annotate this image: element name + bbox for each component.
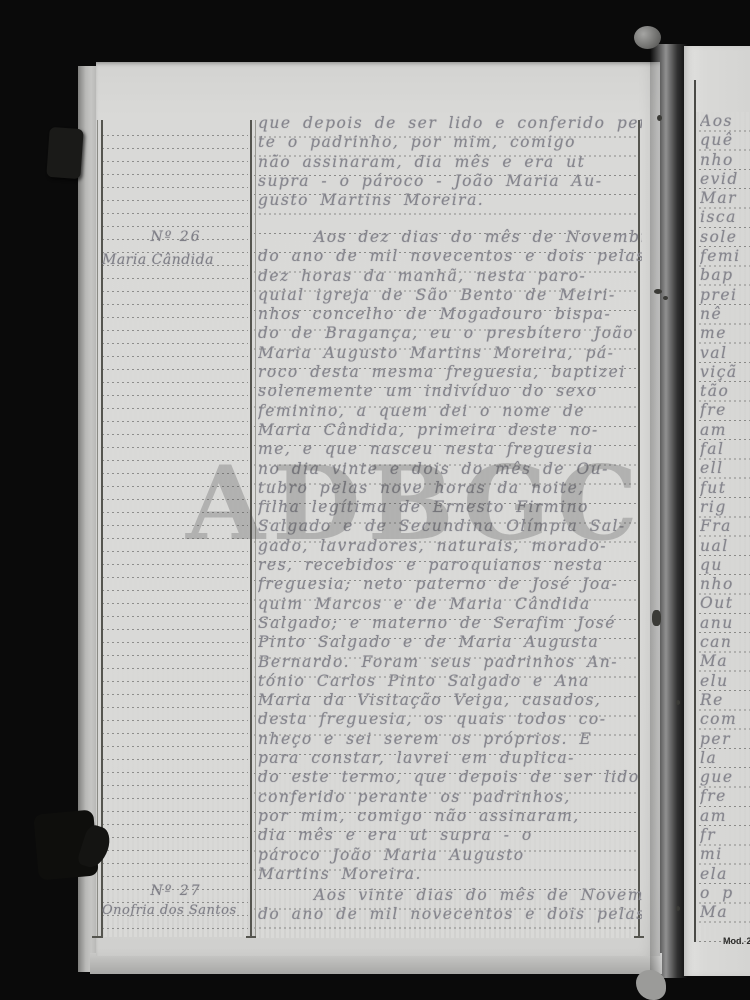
text-line: dia mês e era ut supra - o [258, 826, 642, 845]
text-line: nho [700, 151, 750, 170]
text-line: quim Marcos e de Maria Cândida [258, 595, 642, 614]
text-line: isca [700, 208, 750, 227]
text-line: roco desta mesma freguesia, baptizei [258, 363, 642, 382]
text-line: elu [700, 672, 750, 691]
text-line: sole [700, 228, 750, 247]
text-line: fr [700, 826, 750, 845]
text-line: Ma [700, 903, 750, 922]
text-line: do de Bragança, eu o presbítero João [258, 324, 642, 343]
text-line: quial igreja de São Bento de Meiri- [258, 286, 642, 305]
margin-rule-line [97, 120, 98, 938]
text-line: Mar [700, 189, 750, 208]
text-line: dez horas da manhã, nesta paro- [258, 267, 642, 286]
page-weight [634, 26, 661, 49]
text-line: Aos vinte dias do mês de Novembro [258, 886, 642, 905]
text-line: can [700, 633, 750, 652]
text-line: mi [700, 845, 750, 864]
text-line: tónio Carlos Pinto Salgado e Ana [258, 672, 642, 691]
stitch-hole [652, 610, 661, 626]
text-line: feminino, a quem dei o nome de [258, 402, 642, 421]
text-line: Maria Augusto Martins Moreira, pá- [258, 344, 642, 363]
archive-watermark: ADBGC [186, 444, 645, 564]
text-line: fal [700, 440, 750, 459]
text-line: supra - o pároco - João Maria Au- [258, 172, 642, 191]
text-line: qu [700, 556, 750, 575]
text-line: conferido perante os padrinhos, [258, 788, 642, 807]
stitch-hole [654, 289, 662, 294]
text-line: do este termo, que depois de ser lido e [258, 768, 642, 787]
text-line: me [700, 324, 750, 343]
stitch-hole [676, 700, 680, 705]
text-line: Maria Cândida, primeira deste no- [258, 421, 642, 440]
margin-rule-line [101, 120, 103, 938]
text-line: Martins Moreira. [258, 865, 642, 884]
text-line: Bernardo. Foram seus padrinhos An- [258, 653, 642, 672]
text-line: pároco João Maria Augusto [258, 846, 642, 865]
text-line: femi [700, 247, 750, 266]
text-line: do ano de mil novecentos e dois pelas [258, 247, 642, 266]
form-model-label: Mod. 2 [723, 936, 750, 946]
text-line: ual [700, 537, 750, 556]
text-line: com [700, 710, 750, 729]
text-line: gusto Martins Moreira. [258, 191, 642, 210]
text-line: quê [700, 131, 750, 150]
text-line: fre [700, 401, 750, 420]
record-25-closing-text: que depois de ser lido e conferido peran… [258, 114, 642, 210]
text-line: nhos concelho de Mogadouro bispa- [258, 305, 642, 324]
text-line: val [700, 344, 750, 363]
scanned-register-photo: que depois de ser lido e conferido peran… [0, 0, 750, 1000]
text-line: Out [700, 594, 750, 613]
text-line: que depois de ser lido e conferido peran… [258, 114, 642, 133]
margin-entry-name: Onofria dos Santos [102, 903, 250, 918]
stitch-hole [657, 115, 662, 121]
text-line: la [700, 749, 750, 768]
text-line: nho [700, 575, 750, 594]
text-line: Ma [700, 652, 750, 671]
stitch-hole [663, 296, 668, 300]
margin-entry-number: Nº 26 [108, 229, 244, 245]
right-page-text-fragments: AosquênhoevidMariscasolefemibappreinêmev… [700, 112, 750, 922]
text-line: por mim, comigo não assinaram, [258, 807, 642, 826]
text-line: não assinaram, dia mês e era ut [258, 153, 642, 172]
text-line: nê [700, 305, 750, 324]
text-line: Re [700, 691, 750, 710]
right-page-margin-line [694, 80, 696, 942]
text-line: am [700, 807, 750, 826]
text-line: prei [700, 286, 750, 305]
text-line: para constar, lavrei em duplica- [258, 749, 642, 768]
text-line: Fra [700, 517, 750, 536]
binding-clip-top [46, 127, 83, 179]
text-line: Aos [700, 112, 750, 131]
text-line: am [700, 421, 750, 440]
text-line: tão [700, 382, 750, 401]
stitch-hole [676, 906, 680, 911]
text-line: desta freguesia, os quais todos co- [258, 710, 642, 729]
text-line: evid [700, 170, 750, 189]
text-line: do ano de mil novecentos e dois pelas [258, 905, 642, 924]
book-gutter [650, 44, 688, 978]
text-line: fre [700, 787, 750, 806]
text-line: viçã [700, 363, 750, 382]
text-line: Pinto Salgado e de Maria Augusta [258, 633, 642, 652]
record-27-body-text: Aos vinte dias do mês de Novembrodo ano … [258, 886, 642, 925]
text-line: te o padrinho, por mim, comigo [258, 133, 642, 152]
text-line: Salgado; e materno de Serafim José [258, 614, 642, 633]
text-line: fut [700, 479, 750, 498]
rule-foot [92, 936, 102, 938]
text-line: solenemente um indivíduo do sexo [258, 382, 642, 401]
page-edge-stack-bottom [90, 953, 662, 974]
text-line: freguesia; neto paterno de José Joa- [258, 575, 642, 594]
text-line: Maria da Visitação Veiga, casados, [258, 691, 642, 710]
text-line: nheço e sei serem os próprios. E [258, 730, 642, 749]
rule-foot [634, 936, 644, 938]
text-line: anu [700, 614, 750, 633]
text-line: ell [700, 459, 750, 478]
margin-entry-name: Maria Cândida [102, 252, 250, 268]
rule-foot [246, 936, 256, 938]
text-line: per [700, 730, 750, 749]
text-line: bap [700, 266, 750, 285]
text-line: ela [700, 865, 750, 884]
text-line: gue [700, 768, 750, 787]
text-line: rig [700, 498, 750, 517]
margin-entry-number: Nº 27 [108, 883, 244, 899]
binding-blob-bottom [636, 970, 666, 1000]
text-line: Aos dez dias do mês de Novembro [258, 228, 642, 247]
text-line: o p [700, 884, 750, 903]
